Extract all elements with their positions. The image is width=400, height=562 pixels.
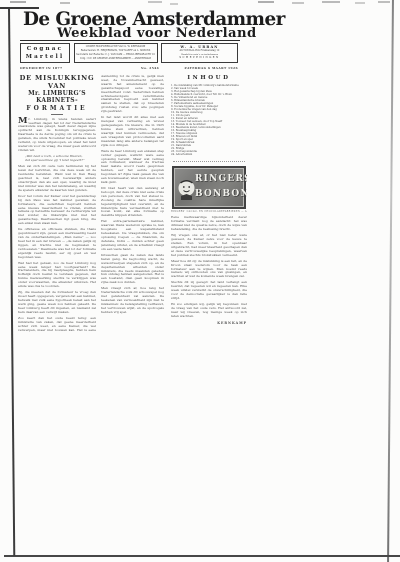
page-left-border: [8, 7, 15, 556]
inhoud-list: 1. De mislukking van Mr. Limburg’s kabin…: [171, 84, 247, 156]
ringers-ad-lettering: RINGERS BONBONS: [195, 172, 243, 202]
body-paragraph: Wij vragen ons af, of het niet beter war…: [171, 234, 247, 257]
body-paragraph: Slechts dit zij gezegd: het land verlang…: [171, 281, 247, 301]
ringers-ad-caption: RINGERS’ CACAO- EN CHOCOLADEFABRIEKEN — …: [171, 210, 247, 213]
editorial-line: Uitg.: N.V. DE GROENE AMSTERDAMMER — AMS…: [75, 57, 157, 61]
body-paragraph: En zoo eindigen wij, gelijk wij begonnen…: [171, 303, 247, 319]
body-paragraph: In het land wordt dit alles met een meng…: [101, 116, 164, 147]
lead-text: r. Limburg, in wiens handen sedert veert…: [18, 117, 96, 152]
body-paragraph: Aanleiding tot de crisis is, gelijk men …: [101, 75, 164, 114]
scan-artifact-dash: [355, 2, 365, 4]
article-column-1: DE MISLUKKING VAN Mr. LIMBURG’S KABINETS…: [18, 74, 96, 332]
body-paragraph: Zij, die meenen dat de formateur te vroe…: [18, 291, 96, 314]
inhoud-item: 24. Advertentiën: [171, 153, 247, 156]
martell-line: Martell: [21, 53, 69, 61]
scan-bottom-rule: [4, 555, 400, 557]
headline-rule: [51, 114, 63, 115]
cognac-line: Cognac: [21, 45, 69, 53]
issue-date: ZATERDAG 6 MAART 1926: [170, 66, 238, 70]
urban-ad-box: W. A. URBAN AUTOSTALLING Frankenslag 12 …: [161, 43, 238, 63]
lead-paragraph: Mr. Limburg, in wiens handen sedert veer…: [18, 118, 96, 153]
column3-paragraphs: Eene merkwaardige bijzonderheid dezer fo…: [171, 216, 247, 319]
article-column-3: INHOUD 1. De mislukking van Mr. Limburg’…: [171, 75, 247, 328]
body-paragraph: Intusschen gaan de zaken des lands haren…: [101, 254, 164, 285]
issue-number: No. 2544: [128, 66, 172, 70]
urban-ad-line: SCHEVENINGEN: [162, 56, 237, 60]
scan-artifact-dash: [170, 3, 178, 5]
body-paragraph: Het extra-parlementaire kabinet, waarvan…: [101, 220, 164, 251]
scan-artifact-dash: [10, 1, 26, 3]
scan-artifact-dash: [378, 1, 390, 3]
pierrot-face-icon: [177, 177, 196, 200]
headline-line-1: DE MISLUKKING VAN: [18, 74, 96, 90]
article-signature: KERNKAMP: [171, 321, 247, 325]
pierrot-face-illustration: [177, 177, 196, 204]
article-column-2: Aanleiding tot de crisis is, gelijk men …: [101, 75, 164, 332]
verse-quote: „Wat baat u toch, o schoone Heeren, dat …: [25, 155, 96, 163]
headline-line-3: FORMATIE: [18, 105, 96, 112]
scan-artifact-dash: [292, 2, 304, 4]
inhoud-heading: INHOUD: [171, 75, 247, 82]
body-paragraph: Ware de heer Limburg een enkelen stap ve…: [101, 150, 164, 185]
body-paragraph: Dit blad heeft van den aanvang af betoog…: [101, 187, 164, 218]
scan-artifact-dash: [148, 1, 162, 3]
body-paragraph: Door het votum der Kamer over het gezant…: [18, 195, 96, 226]
ringers-bonbons-ad: RINGERS BONBONS: [172, 166, 246, 209]
cognac-martell-ad-box: Cognac Martell: [20, 43, 70, 63]
body-paragraph: Maar hoe dit zij: de mislukking is een f…: [171, 260, 247, 280]
editorial-credits-box: ONDER HOOFDREDACTIE VAN G. W. KERNKAMP R…: [74, 43, 158, 63]
body-paragraph: Zoo keert dan het oude beeld terug: een …: [18, 317, 96, 332]
body-paragraph: Wat had het gebaat, zoo de heer Limburg …: [18, 262, 96, 289]
body-paragraph: Men vraagt zich af, hoe lang het Nederla…: [101, 287, 164, 314]
body-paragraph: De officieuse en officieele stukken, die…: [18, 228, 96, 259]
scan-artifact-dash: [258, 1, 274, 3]
masthead-rule: [20, 40, 240, 41]
masthead-subtitle: Weekblad voor Nederland: [57, 26, 257, 41]
ringers-brand-line: RINGERS: [195, 172, 243, 187]
body-paragraph: Men zal zich dit oude vers herinneren bi…: [18, 165, 96, 192]
headline-line-2: Mr. LIMBURG’S KABINETS-: [18, 90, 96, 105]
body-paragraph: Eene merkwaardige bijzonderheid dezer fo…: [171, 216, 247, 232]
quote-line: dat spel waarmee gij ’t land regeert?”: [25, 159, 96, 163]
newspaper-scan-page: De Groene Amsterdammer Weekblad voor Ned…: [0, 0, 400, 562]
ringers-brand-line: BONBONS: [195, 187, 243, 202]
column1-paragraphs: Men zal zich dit oude vers herinneren bi…: [18, 165, 96, 332]
article-headline: DE MISLUKKING VAN Mr. LIMBURG’S KABINETS…: [18, 74, 96, 115]
inhoud-divider-rule: [173, 161, 245, 162]
column2-paragraphs: Aanleiding tot de crisis is, gelijk men …: [101, 75, 164, 315]
founded-label: OPGERICHT IN 1877: [20, 66, 62, 70]
scan-artifact-dash: [322, 1, 340, 3]
scan-artifact-dash: [60, 2, 70, 4]
scan-right-edge-line: [387, 0, 394, 562]
